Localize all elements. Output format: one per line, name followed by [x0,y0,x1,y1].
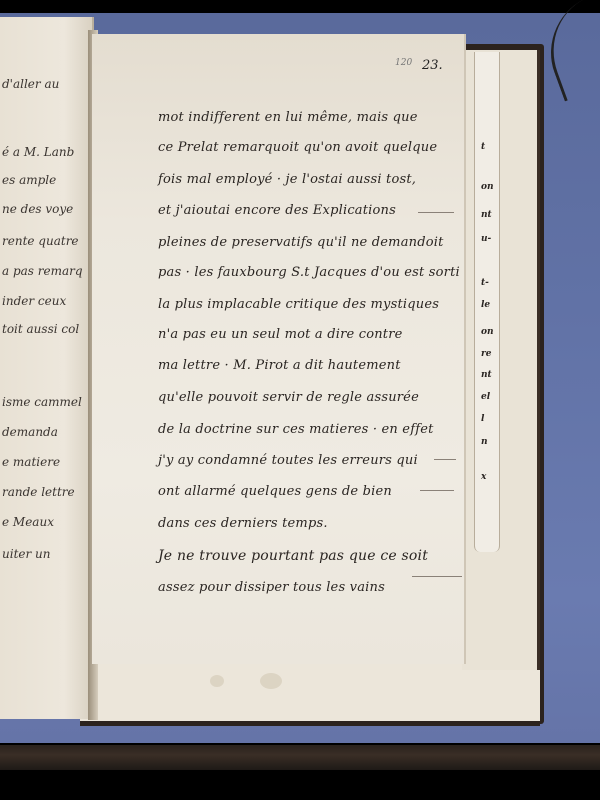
manuscript-line: la plus implacable critique des mystique… [158,297,439,312]
left-page-fragment: inder ceux [2,294,66,308]
left-page-fragment: e Meaux [2,515,54,529]
slip-fragment: t- [481,278,489,288]
top-black-bar [0,0,600,13]
slip-fragment: l [481,414,484,424]
line-filler-dash [434,459,456,460]
left-page-fragment: ne des voye [2,202,73,216]
slip-fragment: le [481,300,490,310]
bottom-black-bar [0,770,600,800]
manuscript-line: pleines de preservatifs qu'il ne demando… [158,235,444,250]
manuscript-line: dans ces derniers temps. [158,516,328,531]
paper-damage [210,675,224,687]
manuscript-line: fois mal employé · je l'ostai aussi tost… [158,172,416,187]
left-page-fragment: a pas remarq [2,264,83,278]
left-page-fragment: isme cammel [2,395,82,409]
line-filler-dash [418,212,454,213]
left-page-fragment: toit aussi col [2,322,79,336]
manuscript-line: pas · les fauxbourg S.t Jacques d'ou est… [158,265,460,280]
left-page-fragment: d'aller au [2,77,59,91]
manuscript-line: ont allarmé quelques gens de bien [158,484,392,499]
left-page-fragment: é a M. Lanb [2,145,74,159]
left-page: d'aller au é a M. Lanb es ample ne des v… [0,17,94,719]
left-page-fragment: uiter un [2,547,51,561]
left-page-fragment: e matiere [2,455,60,469]
shelf-edge [0,745,600,770]
left-page-fragment: rente quatre [2,234,79,248]
folio-pencil-number: 120 [395,58,412,68]
left-page-fragment: es ample [2,173,56,187]
slip-fragment: nt [481,210,492,220]
slip-fragment: t [481,142,485,152]
manuscript-line: Je ne trouve pourtant pas que ce soit [158,548,428,564]
left-page-fragment: demanda [2,425,58,439]
manuscript-line: de la doctrine sur ces matieres · en eff… [158,422,434,437]
manuscript-line: n'a pas eu un seul mot a dire contre [158,327,403,342]
slip-fragment: on [481,327,494,337]
slip-fragment: x [481,472,486,482]
slip-fragment: re [481,349,491,359]
manuscript-line: mot indifferent en lui même, mais que [158,110,418,125]
manuscript-line: qu'elle pouvoit servir de regle assurée [158,390,419,405]
inserted-paper-slip: t on nt u- t- le on re nt el l n x [474,52,500,552]
line-filler-dash [420,490,454,491]
slip-fragment: on [481,182,494,192]
manuscript-line: et j'aioutai encore des Explications [158,203,396,218]
left-page-fragment: rande lettre [2,485,75,499]
manuscript-line: ce Prelat remarquoit qu'on avoit quelque [158,140,437,155]
right-page [92,34,466,664]
manuscript-line: ma lettre · M. Pirot a dit hautement [158,358,401,373]
slip-fragment: n [481,437,488,447]
manuscript-line: assez pour dissiper tous les vains [158,580,385,595]
paper-damage [260,673,282,689]
line-filler-dash [412,576,462,577]
page-number: 23. [422,58,443,73]
manuscript-line: j'y ay condamné toutes les erreurs qui [158,453,418,468]
slip-fragment: nt [481,370,492,380]
slip-fragment: u- [481,234,491,244]
slip-fragment: el [481,392,490,402]
